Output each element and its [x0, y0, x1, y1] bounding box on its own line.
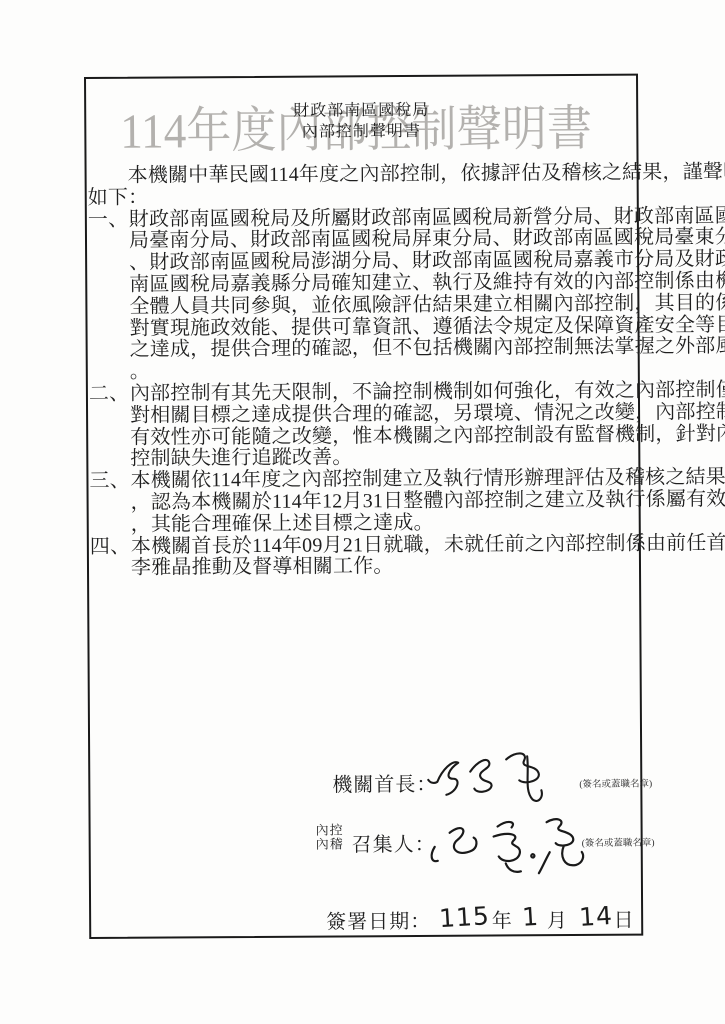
- convener-label: 召集人：: [352, 828, 436, 858]
- declaration-item-2: 二、 內部控制有其先天限制，不論控制機制如何強化，有效之內部控制僅能 對相關目標…: [89, 381, 638, 472]
- declaration-body: 本機關中華民國114年度之內部控制，依據評估及稽核之結果，謹聲明 如下： 一、 …: [88, 163, 639, 580]
- item-number: 四、: [90, 536, 131, 558]
- item-number: 三、: [89, 471, 130, 493]
- signing-date-row: 簽署日期：115年1月14日: [326, 904, 634, 935]
- document-border-frame: 114年度內部控制聲明書 財政部南區國稅局 內部控制聲明書 本機關中華民國114…: [84, 74, 643, 939]
- seal-note: (簽名或蓋職名章): [579, 776, 652, 790]
- item-number: 二、: [89, 384, 130, 406]
- item-line: 李雅晶推動及督導相關工作。: [131, 555, 638, 580]
- agency-head-label: 機關首長：: [332, 768, 437, 798]
- convener-prefix-line1: 內控: [316, 823, 344, 837]
- convener-prefix-line2: 內稽: [316, 837, 344, 851]
- signing-date-label: 簽署日期：: [326, 911, 431, 934]
- handwritten-month: 1: [521, 902, 540, 932]
- item-line: ，認為本機關於114年12月31日整體內部控制之建立及執行係屬有效: [131, 490, 638, 515]
- month-unit: 月: [547, 910, 567, 932]
- declaration-item-3: 三、 本機關依114年度之內部控制建立及執行情形辦理評估及稽核之結果 ，認為本機…: [89, 468, 637, 537]
- scanned-sheet: 114年度內部控制聲明書 財政部南區國稅局 內部控制聲明書 本機關中華民國114…: [0, 0, 725, 1024]
- intro-line: 本機關中華民國114年度之內部控制，依據評估及稽核之結果，謹聲明: [88, 163, 636, 188]
- convener-prefix: 內控 內稽: [316, 823, 344, 850]
- item-line: 之達成，提供合理的確認，但不包括機關內部控制無法掌握之外部風險: [130, 337, 637, 362]
- handwritten-day: 14: [578, 901, 613, 932]
- declaration-item-1: 一、 財政部南區國稅局及所屬財政部南區國稅局新營分局、財政部南區國稅 局臺南分局…: [88, 206, 637, 384]
- document-title: 內部控制聲明書: [86, 117, 636, 143]
- handwritten-year: 115: [438, 901, 490, 933]
- convener-signature: [424, 808, 599, 881]
- day-unit: 日: [614, 910, 634, 932]
- declaration-item-4: 四、 本機關首長於114年09月21日就職，未就任前之內部控制係由前任首長 李雅…: [90, 533, 638, 580]
- year-unit: 年: [492, 910, 512, 932]
- item-line: 有效性亦可能隨之改變，惟本機關之內部控制設有監督機制，針對內部: [130, 424, 637, 449]
- agency-head-signature: [424, 741, 574, 808]
- item-number: 一、: [88, 209, 129, 231]
